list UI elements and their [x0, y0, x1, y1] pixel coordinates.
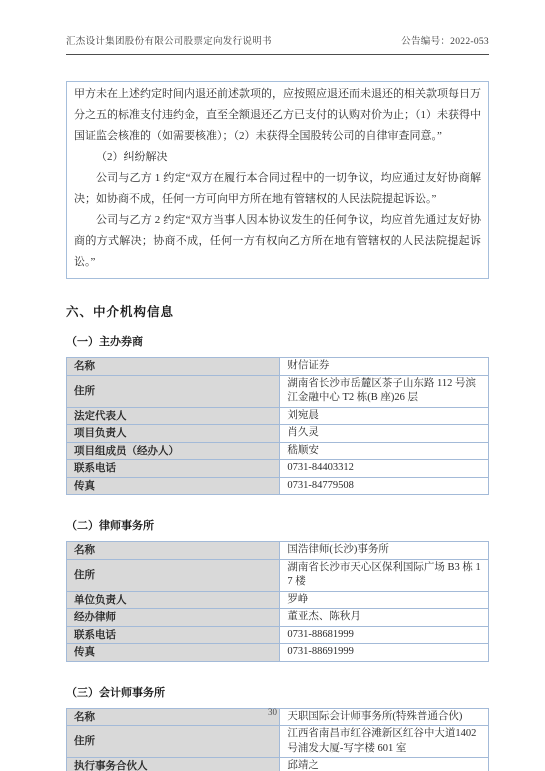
row-value: 江西省南昌市红谷滩新区红谷中大道1402号浦发大厦-写字楼 601 室 — [280, 726, 489, 758]
row-label: 法定代表人 — [67, 407, 280, 425]
row-label: 名称 — [67, 358, 280, 376]
table-row: 联系电话 0731-88681999 — [67, 626, 489, 644]
body-paragraph: 甲方未在上述约定时间内退还前述款项的，应按照应退还而未退还的相关款项每日万分之五… — [74, 84, 481, 147]
table-row: 项目组成员（经办人） 嵇顺安 — [67, 442, 489, 460]
table-row: 执行事务合伙人 邱靖之 — [67, 758, 489, 771]
row-label: 经办律师 — [67, 609, 280, 627]
law-firm-table: 名称 国浩律师(长沙)事务所 住所 湖南省长沙市天心区保利国际广场 B3 栋 1… — [66, 541, 489, 662]
row-label: 联系电话 — [67, 460, 280, 478]
body-paragraph: （2）纠纷解决 — [74, 147, 481, 168]
text-annotation-box: 甲方未在上述约定时间内退还前述款项的，应按照应退还而未退还的相关款项每日万分之五… — [66, 81, 489, 279]
body-paragraph: 公司与乙方 2 约定“双方当事人因本协议发生的任何争议，均应首先通过友好协商的方… — [74, 210, 481, 273]
section-heading: 六、中介机构信息 — [66, 302, 489, 320]
row-value: 0731-88691999 — [280, 644, 489, 662]
table-row: 名称 财信证券 — [67, 358, 489, 376]
table-row: 项目负责人 肖久灵 — [67, 425, 489, 443]
sponsor-table: 名称 财信证券 住所 湖南省长沙市岳麓区茶子山东路 112 号滨江金融中心 T2… — [66, 357, 489, 495]
table-row: 法定代表人 刘宛晨 — [67, 407, 489, 425]
row-value: 董亚杰、陈秋月 — [280, 609, 489, 627]
table-row: 经办律师 董亚杰、陈秋月 — [67, 609, 489, 627]
row-label: 项目组成员（经办人） — [67, 442, 280, 460]
row-value: 罗峥 — [280, 591, 489, 609]
row-label: 传真 — [67, 644, 280, 662]
subsection-heading-sponsor: （一）主办券商 — [66, 333, 489, 349]
document-title: 汇杰设计集团股份有限公司股票定向发行说明书 — [66, 33, 272, 47]
table-row: 住所 江西省南昌市红谷滩新区红谷中大道1402号浦发大厦-写字楼 601 室 — [67, 726, 489, 758]
row-value: 肖久灵 — [280, 425, 489, 443]
row-value: 刘宛晨 — [280, 407, 489, 425]
row-value: 湖南省长沙市岳麓区茶子山东路 112 号滨江金融中心 T2 栋(B 座)26 层 — [280, 375, 489, 407]
table-row: 住所 湖南省长沙市天心区保利国际广场 B3 栋 17 楼 — [67, 559, 489, 591]
row-label: 项目负责人 — [67, 425, 280, 443]
row-label: 住所 — [67, 726, 280, 758]
row-value: 湖南省长沙市天心区保利国际广场 B3 栋 17 楼 — [280, 559, 489, 591]
row-label: 联系电话 — [67, 626, 280, 644]
accounting-firm-table: 名称 天职国际会计师事务所(特殊普通合伙) 住所 江西省南昌市红谷滩新区红谷中大… — [66, 708, 489, 771]
subsection-heading-accounting-firm: （三）会计师事务所 — [66, 684, 489, 700]
row-value: 0731-84779508 — [280, 477, 489, 495]
row-value: 财信证券 — [280, 358, 489, 376]
row-label: 执行事务合伙人 — [67, 758, 280, 771]
row-label: 单位负责人 — [67, 591, 280, 609]
row-value: 0731-88681999 — [280, 626, 489, 644]
row-label: 住所 — [67, 375, 280, 407]
row-value: 国浩律师(长沙)事务所 — [280, 542, 489, 560]
table-row: 住所 湖南省长沙市岳麓区茶子山东路 112 号滨江金融中心 T2 栋(B 座)2… — [67, 375, 489, 407]
row-value: 0731-84403312 — [280, 460, 489, 478]
row-value: 嵇顺安 — [280, 442, 489, 460]
table-row: 名称 国浩律师(长沙)事务所 — [67, 542, 489, 560]
row-value: 邱靖之 — [280, 758, 489, 771]
body-paragraph: 公司与乙方 1 约定“双方在履行本合同过程中的一切争议，均应通过友好协商解决；如… — [74, 168, 481, 210]
row-label: 住所 — [67, 559, 280, 591]
page-header: 汇杰设计集团股份有限公司股票定向发行说明书 公告编号：2022-053 — [66, 0, 489, 55]
table-row: 单位负责人 罗峥 — [67, 591, 489, 609]
table-row: 传真 0731-88691999 — [67, 644, 489, 662]
announcement-number: 公告编号：2022-053 — [401, 33, 489, 47]
table-row: 传真 0731-84779508 — [67, 477, 489, 495]
document-page: 汇杰设计集团股份有限公司股票定向发行说明书 公告编号：2022-053 甲方未在… — [0, 0, 545, 771]
page-number: 30 — [0, 707, 545, 717]
row-label: 名称 — [67, 542, 280, 560]
row-label: 传真 — [67, 477, 280, 495]
table-row: 联系电话 0731-84403312 — [67, 460, 489, 478]
subsection-heading-law-firm: （二）律师事务所 — [66, 517, 489, 533]
